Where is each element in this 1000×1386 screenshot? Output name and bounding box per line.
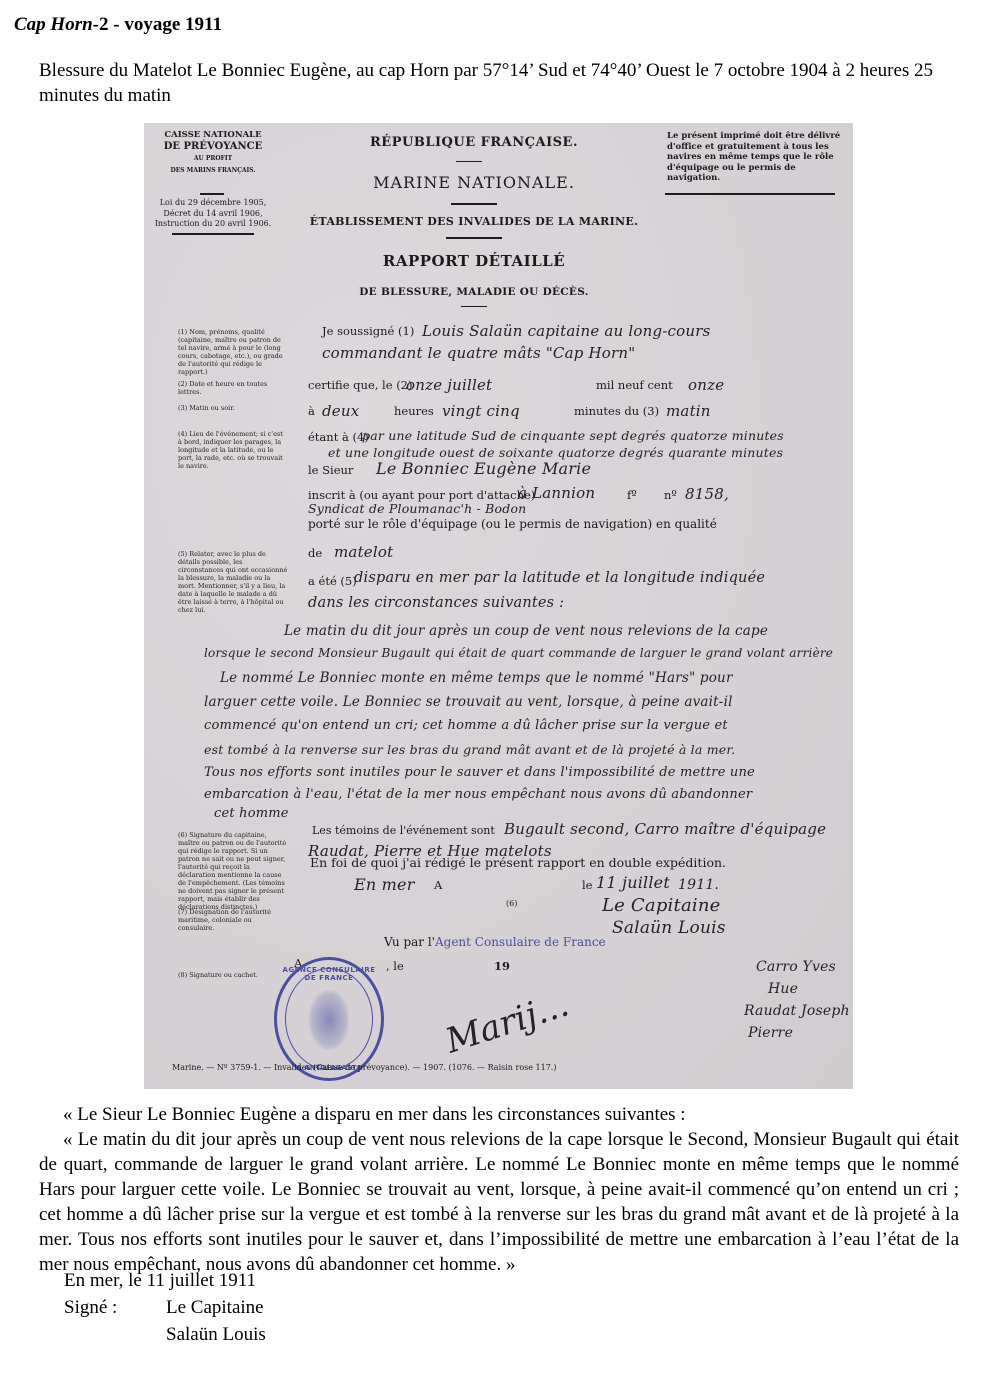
handwritten-place: En mer xyxy=(354,875,415,894)
page-title: Cap Horn-2 - voyage 1911 xyxy=(14,14,222,36)
note-4: (4) Lieu de l'événement; si c'est à bord… xyxy=(178,430,288,470)
printer-reference: Marine. — Nº 3759-1. — Invalides (Caisse… xyxy=(172,1063,556,1072)
handwritten-disparu: disparu en mer par la latitude et la lon… xyxy=(354,570,765,586)
handwritten-qualite: matelot xyxy=(334,543,393,561)
divider xyxy=(172,233,254,235)
handwritten-capitaine: Le Capitaine xyxy=(602,895,720,916)
note-3: (3) Matin ou soir. xyxy=(178,404,288,412)
place-date: En mer, le 11 juillet 1911 xyxy=(64,1267,266,1294)
signe-name: Salaün Louis xyxy=(166,1321,266,1348)
note-5: (5) Relater, avec le plus de détails pos… xyxy=(178,550,288,614)
handwritten-longitude: et une longitude ouest de soixante quato… xyxy=(328,445,783,460)
imprime-notice: Le présent imprimé doit être délivré d'o… xyxy=(667,131,847,184)
handwritten-author-role: commandant le quatre mâts "Cap Horn" xyxy=(322,344,635,362)
loi-reference: Loi du 29 décembre 1905, Décret du 14 av… xyxy=(154,198,272,230)
consul-signature: Marij... xyxy=(441,984,574,1061)
handwritten-minutes: vingt cinq xyxy=(442,402,520,420)
signe-title: Le Capitaine xyxy=(166,1294,264,1321)
handwritten-sieur: Le Bonniec Eugène Marie xyxy=(376,459,591,478)
intro-caption: Blessure du Matelot Le Bonniec Eugène, a… xyxy=(39,58,969,108)
handwritten-sign-year: 1911. xyxy=(678,877,719,893)
handwritten-author: Louis Salaün capitaine au long-cours xyxy=(422,322,710,340)
captain-signature: Salaün Louis xyxy=(612,918,726,938)
note-6: (6) Signature du capitaine, maître ou pa… xyxy=(178,831,288,911)
handwritten-date: onze juillet xyxy=(406,376,492,394)
note-1: (1) Nom, prénoms, qualité (capitaine, ma… xyxy=(178,328,288,376)
signature-block: En mer, le 11 juillet 1911 Signé :Le Cap… xyxy=(64,1267,266,1348)
transcription-body: « Le matin du dit jour après un coup de … xyxy=(39,1127,959,1277)
note-2: (2) Date et heure en toutes lettres. xyxy=(178,380,288,396)
handwritten-latitude: par une latitude Sud de cinquante sept d… xyxy=(362,428,784,443)
rapport-heading: RAPPORT DÉTAILLÉ xyxy=(324,252,624,270)
handwritten-year: onze xyxy=(688,376,724,394)
agent-consulaire-stamp: Agent Consulaire de France xyxy=(435,935,606,949)
marianne-figure xyxy=(309,990,349,1050)
note-7: (7) Désignation de l'autorité maritime, … xyxy=(178,908,288,932)
handwritten-witnesses: Bugault second, Carro maître d'équipage xyxy=(504,820,826,838)
rapport-subheading: DE BLESSURE, MALADIE OU DÉCÈS. xyxy=(294,286,654,298)
scanned-report-image: CAISSE NATIONALE DE PRÉVOYANCE AU PROFIT… xyxy=(144,123,853,1089)
handwritten-matin: matin xyxy=(666,402,711,420)
republique-heading: RÉPUBLIQUE FRANÇAISE. xyxy=(324,135,624,150)
note-8: (8) Signature ou cachet. xyxy=(178,971,288,979)
etablissement-heading: ÉTABLISSEMENT DES INVALIDES DE LA MARINE… xyxy=(264,215,684,228)
divider xyxy=(446,237,502,239)
marine-heading: MARINE NATIONALE. xyxy=(324,173,624,192)
divider xyxy=(456,161,482,162)
handwritten-inscrit: à Lannion xyxy=(518,484,595,502)
transcription-intro: « Le Sieur Le Bonniec Eugène a disparu e… xyxy=(39,1102,959,1127)
handwritten-circonstances: dans les circonstances suivantes : xyxy=(308,595,564,611)
divider xyxy=(451,203,497,205)
divider xyxy=(461,306,487,307)
divider xyxy=(665,193,835,195)
handwritten-syndicat: Syndicat de Ploumanac'h - Bodon xyxy=(308,501,526,516)
transcription: « Le Sieur Le Bonniec Eugène a disparu e… xyxy=(39,1102,959,1277)
signe-label: Signé : xyxy=(64,1294,166,1321)
divider xyxy=(200,193,224,195)
handwritten-number: 8158, xyxy=(685,485,729,503)
handwritten-sign-date: 11 juillet xyxy=(596,873,670,892)
caisse-header: CAISSE NATIONALE DE PRÉVOYANCE AU PROFIT… xyxy=(154,129,272,177)
handwritten-hour: deux xyxy=(322,402,359,420)
